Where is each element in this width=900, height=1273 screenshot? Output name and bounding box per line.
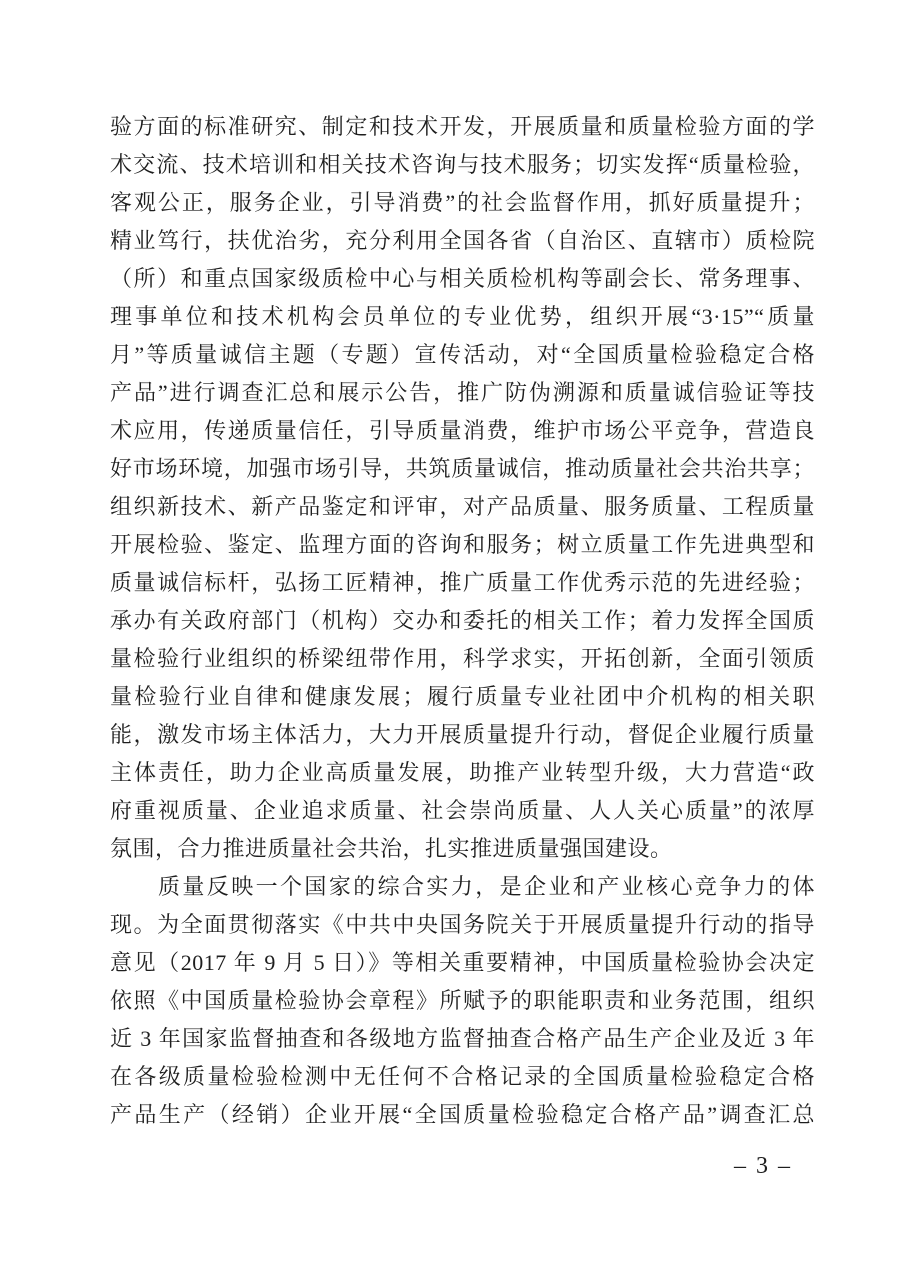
text-line: 精业笃行，扶优治劣，充分利用全国各省（自治区、直辖市）质检院	[110, 222, 815, 260]
text-line: 术应用，传递质量信任，引导质量消费，维护市场公平竞争，营造良	[110, 412, 815, 450]
text-line: 依照《中国质量检验协会章程》所赋予的职能职责和业务范围，组织	[110, 982, 815, 1020]
text-line: 质量反映一个国家的综合实力，是企业和产业核心竞争力的体	[110, 868, 815, 906]
text-line: 近 3 年国家监督抽查和各级地方监督抽查合格产品生产企业及近 3 年	[110, 1020, 815, 1058]
text-line: 产品生产（经销）企业开展“全国质量检验稳定合格产品”调查汇总	[110, 1096, 815, 1134]
text-line: 验方面的标准研究、制定和技术开发，开展质量和质量检验方面的学	[110, 108, 815, 146]
text-line: 月”等质量诚信主题（专题）宣传活动，对“全国质量检验稳定合格	[110, 336, 815, 374]
text-line: 承办有关政府部门（机构）交办和委托的相关工作；着力发挥全国质	[110, 602, 815, 640]
text-line: 质量诚信标杆，弘扬工匠精神，推广质量工作优秀示范的先进经验；	[110, 564, 815, 602]
text-line: 产品”进行调查汇总和展示公告，推广防伪溯源和质量诚信验证等技	[110, 374, 815, 412]
text-line: 客观公正，服务企业，引导消费”的社会监督作用，抓好质量提升；	[110, 184, 815, 222]
text-line: 府重视质量、企业追求质量、社会崇尚质量、人人关心质量”的浓厚	[110, 792, 815, 830]
text-line: 量检验行业自律和健康发展；履行质量专业社团中介机构的相关职	[110, 678, 815, 716]
text-line: 主体责任，助力企业高质量发展，助推产业转型升级，大力营造“政	[110, 754, 815, 792]
text-line: （所）和重点国家级质检中心与相关质检机构等副会长、常务理事、	[110, 260, 815, 298]
text-line: 好市场环境，加强市场引导，共筑质量诚信，推动质量社会共治共享；	[110, 450, 815, 488]
body-text: 验方面的标准研究、制定和技术开发，开展质量和质量检验方面的学术交流、技术培训和相…	[110, 108, 815, 1134]
text-line: 组织新技术、新产品鉴定和评审，对产品质量、服务质量、工程质量	[110, 488, 815, 526]
text-line: 术交流、技术培训和相关技术咨询与技术服务；切实发挥“质量检验，	[110, 146, 815, 184]
text-line: 氛围，合力推进质量社会共治，扎实推进质量强国建设。	[110, 830, 815, 868]
text-line: 理事单位和技术机构会员单位的专业优势，组织开展“3·15”“质量	[110, 298, 815, 336]
text-line: 意见（2017 年 9 月 5 日）》等相关重要精神，中国质量检验协会决定	[110, 944, 815, 982]
text-line: 现。为全面贯彻落实《中共中央国务院关于开展质量提升行动的指导	[110, 906, 815, 944]
text-line: 开展检验、鉴定、监理方面的咨询和服务；树立质量工作先进典型和	[110, 526, 815, 564]
text-line: 在各级质量检验检测中无任何不合格记录的全国质量检验稳定合格	[110, 1058, 815, 1096]
text-line: 量检验行业组织的桥梁纽带作用，科学求实，开拓创新，全面引领质	[110, 640, 815, 678]
text-line: 能，激发市场主体活力，大力开展质量提升行动，督促企业履行质量	[110, 716, 815, 754]
page-number: – 3 –	[734, 1150, 792, 1182]
document-page: 验方面的标准研究、制定和技术开发，开展质量和质量检验方面的学术交流、技术培训和相…	[0, 0, 900, 1273]
